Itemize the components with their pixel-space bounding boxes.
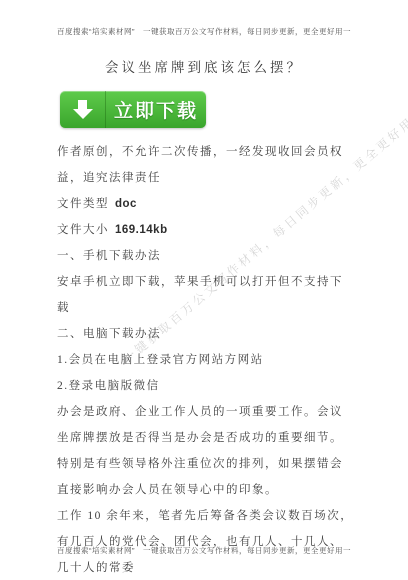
copyright-notice: 作者原创，不允许二次传播，一经发现收回会员权益，追究法律责任	[57, 139, 355, 191]
pc-step-1: 1.会员在电脑上登录官方网站方网站	[57, 347, 355, 373]
mobile-download-note: 安卓手机立即下载，苹果手机可以打开但不支持下载	[57, 269, 355, 321]
file-type-value: doc	[115, 198, 137, 210]
header-promo-note: 百度搜索“培实素材网” 一键获取百万公文写作材料，每日同步更新，更全更好用一	[0, 26, 408, 37]
section-heading-pc: 二、电脑下载办法	[57, 321, 355, 347]
file-size-value: 169.14kb	[115, 224, 168, 236]
download-arrow-icon	[60, 91, 106, 128]
file-type-label: 文件类型	[57, 198, 109, 210]
article-paragraph-2: 工作 10 余年来，笔者先后筹备各类会议数百场次，有几百人的党代会、团代会，也有…	[57, 503, 355, 580]
page-title: 会议坐席牌到底该怎么摆？	[0, 56, 408, 76]
document-body: 作者原创，不允许二次传播，一经发现收回会员权益，追究法律责任 文件类型doc 文…	[57, 139, 355, 580]
file-type-row: 文件类型doc	[57, 191, 355, 217]
section-heading-mobile: 一、手机下载办法	[57, 243, 355, 269]
download-button[interactable]: 立即下载	[60, 91, 206, 128]
pc-step-2: 2.登录电脑版微信	[57, 373, 355, 399]
document-page: 百度搜索“培实素材网” 一键获取百万公文写作材料，每日同步更新，更全更好用一 会…	[0, 0, 408, 580]
article-paragraph-1: 办会是政府、企业工作人员的一项重要工作。会议坐席牌摆放是否得当是办会是否成功的重…	[57, 399, 355, 503]
download-button-label: 立即下载	[106, 96, 206, 123]
file-size-row: 文件大小169.14kb	[57, 217, 355, 243]
file-size-label: 文件大小	[57, 224, 109, 236]
